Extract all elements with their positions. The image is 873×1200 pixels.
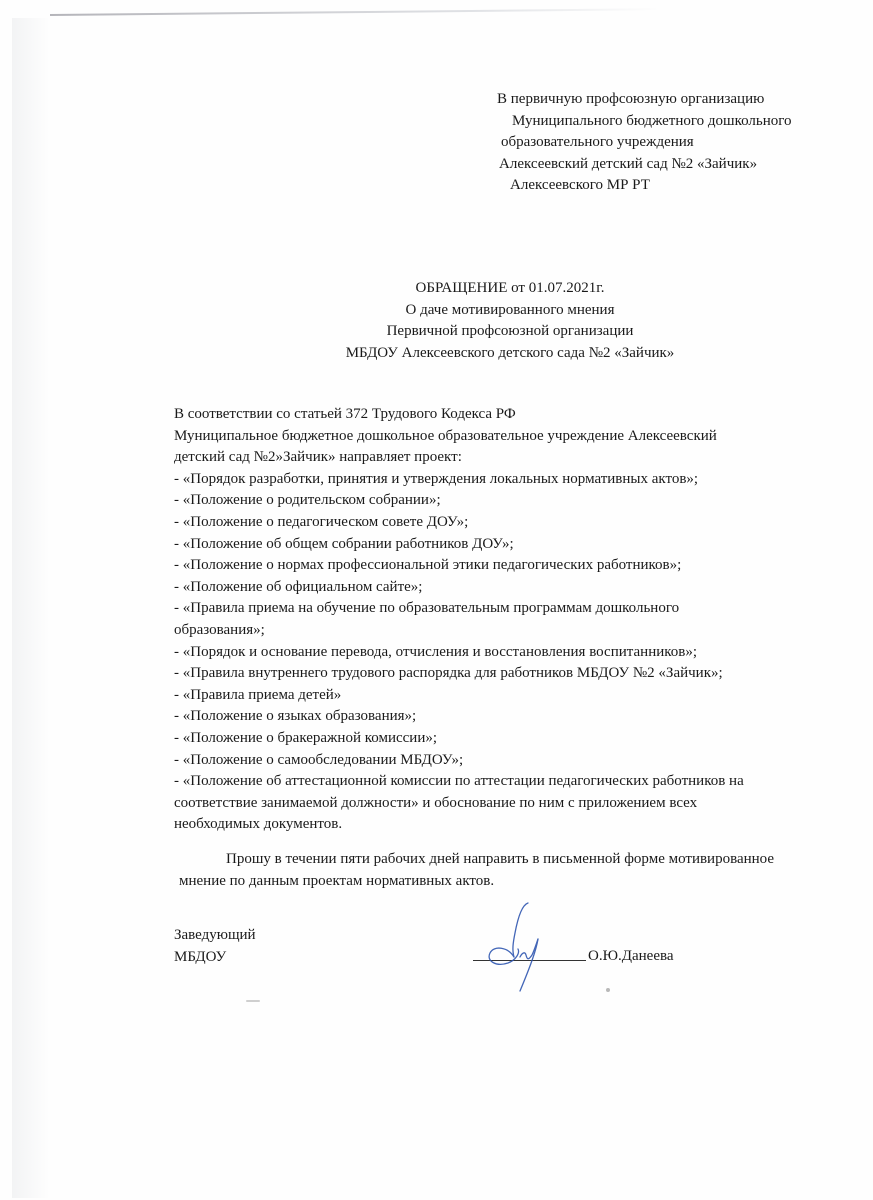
list-item-continuation: необходимых документов. — [174, 814, 844, 836]
closing-line: мнение по данным проектам нормативных ак… — [174, 871, 844, 893]
document-body: В соответствии со статьей 372 Трудового … — [174, 404, 844, 836]
role-line: МБДОУ — [174, 947, 256, 969]
list-item: - «Порядок и основание перевода, отчисле… — [174, 642, 844, 664]
closing-paragraph: Прошу в течении пяти рабочих дней направ… — [174, 849, 844, 892]
scan-edge-shadow — [12, 18, 50, 1198]
role-line: Заведующий — [174, 925, 256, 947]
title-line: Первичной профсоюзной организации — [300, 321, 720, 343]
scan-speck — [606, 988, 610, 992]
list-item: - «Положение о самообследовании МБДОУ»; — [174, 750, 844, 772]
addressee-line: Муниципального бюджетного дошкольного — [497, 111, 792, 133]
addressee-line: образовательного учреждения — [497, 132, 792, 154]
list-item: - «Положение о бракеражной комиссии»; — [174, 728, 844, 750]
intro-line: В соответствии со статьей 372 Трудового … — [174, 404, 844, 426]
list-item-continuation: образования»; — [174, 620, 844, 642]
addressee-line: Алексеевского МР РТ — [497, 175, 792, 197]
intro-line: детский сад №2»Зайчик» направляет проект… — [174, 447, 844, 469]
title-line: ОБРАЩЕНИЕ от 01.07.2021г. — [300, 278, 720, 300]
closing-line: Прошу в течении пяти рабочих дней направ… — [174, 849, 844, 871]
list-item: - «Положение об аттестационной комиссии … — [174, 771, 844, 793]
list-item: - «Правила приема на обучение по образов… — [174, 598, 844, 620]
title-line: МБДОУ Алексеевского детского сада №2 «За… — [300, 343, 720, 365]
scanned-document-page: В первичную профсоюзную организацию Муни… — [0, 0, 873, 1200]
list-item: - «Правила внутреннего трудового распоря… — [174, 663, 844, 685]
list-item: - «Положение об официальном сайте»; — [174, 577, 844, 599]
intro-line: Муниципальное бюджетное дошкольное образ… — [174, 426, 844, 448]
list-item-continuation: соответствие занимаемой должности» и обо… — [174, 793, 844, 815]
scan-speck — [246, 1000, 260, 1002]
addressee-line: В первичную профсоюзную организацию — [497, 89, 792, 111]
addressee-line: Алексеевский детский сад №2 «Зайчик» — [497, 154, 792, 176]
addressee-block: В первичную профсоюзную организацию Муни… — [497, 89, 792, 197]
list-item: - «Порядок разработки, принятия и утверж… — [174, 469, 844, 491]
list-item: - «Правила приема детей» — [174, 685, 844, 707]
document-title: ОБРАЩЕНИЕ от 01.07.2021г. О даче мотивир… — [300, 278, 720, 364]
list-item: - «Положение о родительском собрании»; — [174, 490, 844, 512]
scan-edge-artifact — [50, 8, 660, 16]
list-item: - «Положение о нормах профессиональной э… — [174, 555, 844, 577]
signatory-role: Заведующий МБДОУ — [174, 925, 256, 968]
list-item: - «Положение об общем собрании работнико… — [174, 534, 844, 556]
signatory-name: О.Ю.Данеева — [588, 946, 674, 968]
title-line: О даче мотивированного мнения — [300, 300, 720, 322]
list-item: - «Положение о педагогическом совете ДОУ… — [174, 512, 844, 534]
handwritten-signature-icon — [470, 895, 590, 995]
list-item: - «Положение о языках образования»; — [174, 706, 844, 728]
